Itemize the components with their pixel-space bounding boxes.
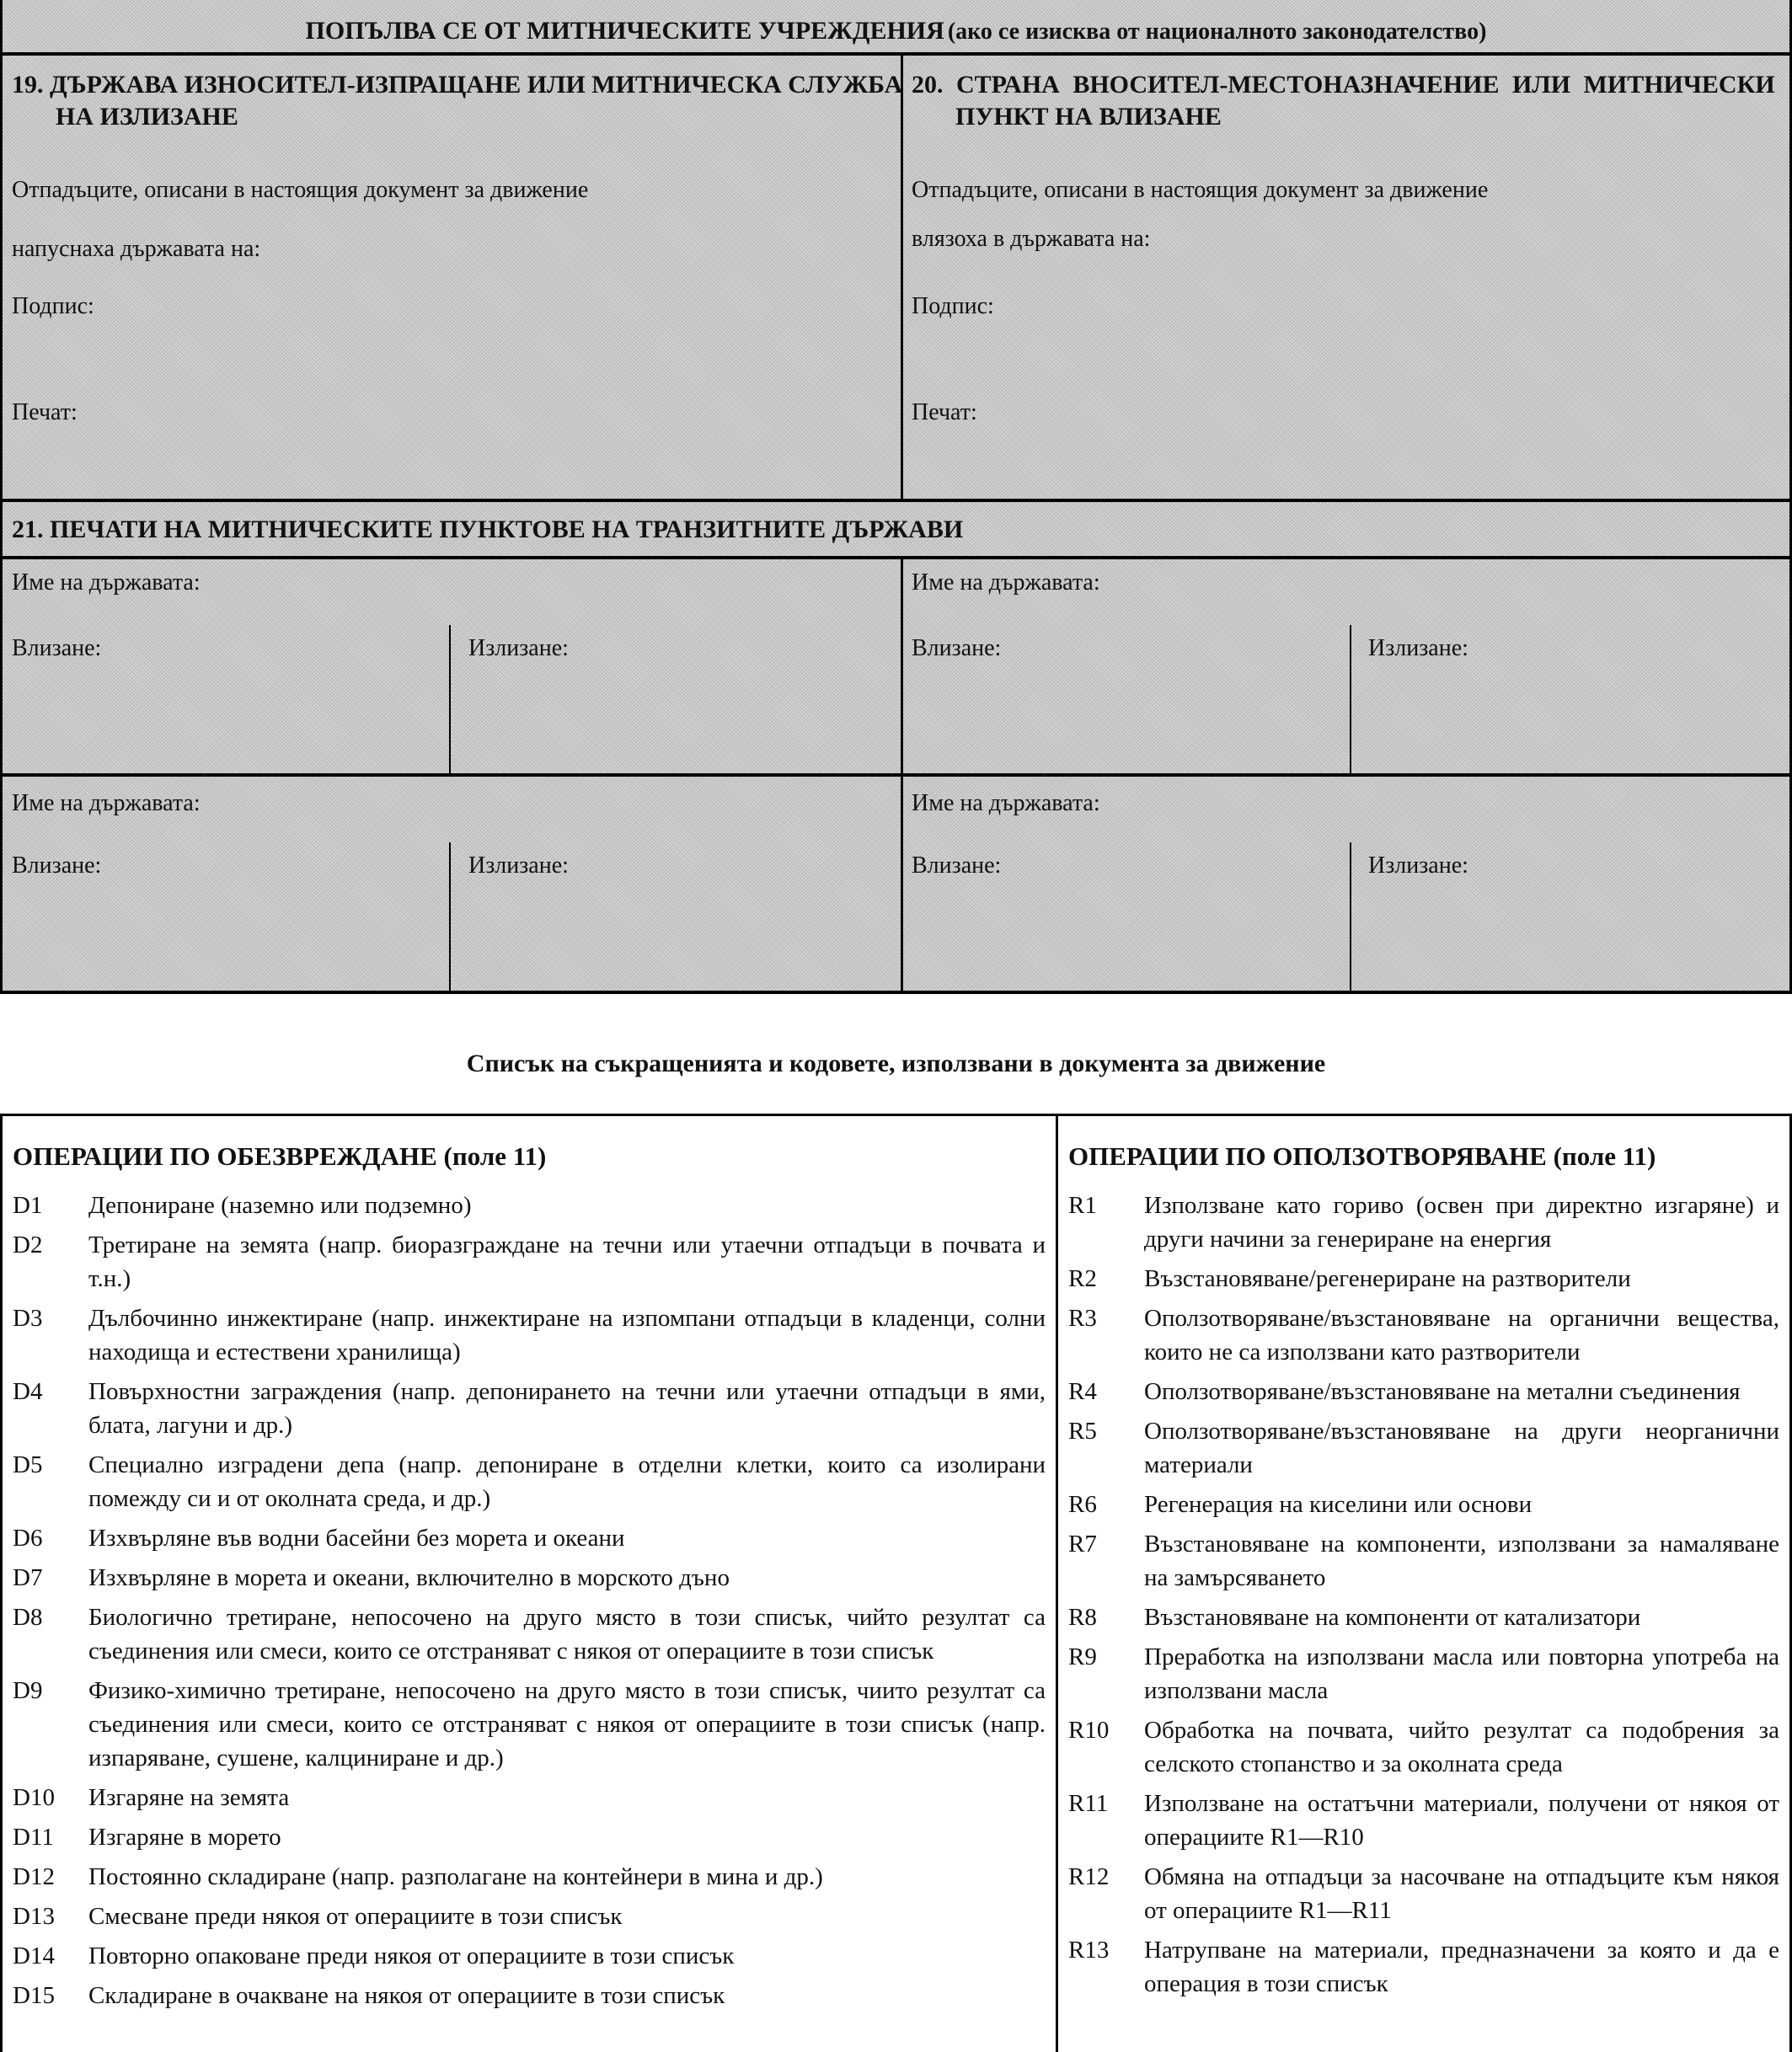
operation-description: Специално изградени депа (напр. депонира… <box>88 1448 1046 1515</box>
code-list-item: R11Използване на остатъчни материали, по… <box>1068 1787 1779 1854</box>
operation-description: Постоянно складиране (напр. разполагане … <box>88 1860 1046 1894</box>
operation-description: Изхвърляне във водни басейни без морета … <box>88 1521 1046 1555</box>
divider-entry-exit-2 <box>1350 625 1351 775</box>
operation-code: R8 <box>1068 1600 1144 1634</box>
operation-description: Дълбочинно инжектиране (напр. инжектиран… <box>88 1301 1046 1369</box>
operation-description: Обработка на почвата, чийто резултат са … <box>1144 1713 1779 1781</box>
transit4-country-field[interactable]: Име на държавата: <box>912 792 1100 815</box>
code-list-item: D2Третиране на земята (напр. биоразгражд… <box>13 1228 1046 1296</box>
divider-entry-exit-4 <box>1350 842 1351 992</box>
frame-left <box>0 0 3 994</box>
code-list-item: D4Повърхностни заграждения (напр. депони… <box>13 1375 1046 1442</box>
box19-signature-field[interactable]: Подпис: <box>12 295 94 318</box>
operation-description: Обмяна на отпадъци за насочване на отпад… <box>1144 1860 1779 1927</box>
transit2-country-field[interactable]: Име на държавата: <box>912 571 1100 595</box>
divider-box21-title <box>0 556 1792 559</box>
box19-text-line1: Отпадъците, описани в настоящия документ… <box>12 179 588 202</box>
divider-box21 <box>0 499 1792 502</box>
operation-description: Възстановяване на компоненти от катализа… <box>1144 1600 1779 1634</box>
operation-description: Използване на остатъчни материали, получ… <box>1144 1787 1779 1854</box>
operation-code: R6 <box>1068 1488 1144 1521</box>
divider-box21-rows <box>0 773 1792 777</box>
operation-code: D11 <box>13 1820 88 1854</box>
operation-code: D3 <box>13 1301 88 1369</box>
transit3-entry-field[interactable]: Влизане: <box>12 854 101 878</box>
box20-signature-field[interactable]: Подпис: <box>912 295 994 318</box>
operation-code: D2 <box>13 1228 88 1296</box>
operation-code: D12 <box>13 1860 88 1894</box>
operation-code: D1 <box>13 1189 88 1222</box>
divider-header <box>0 52 1792 56</box>
operation-description: Изгаряне на земята <box>88 1781 1046 1814</box>
box21-title: 21. ПЕЧАТИ НА МИТНИЧЕСКИТЕ ПУНКТОВЕ НА Т… <box>12 517 963 542</box>
operation-description: Изгаряне в морето <box>88 1820 1046 1854</box>
operation-code: D9 <box>13 1674 88 1775</box>
box19-title-line1: 19. ДЪРЖАВА ИЗНОСИТЕЛ-ИЗПРАЩАНЕ ИЛИ МИТН… <box>12 72 902 98</box>
disposal-heading-main: ОПЕРАЦИИ ПО ОБЕЗВРЕЖДАНЕ <box>13 1141 437 1171</box>
customs-header-main: ПОПЪЛВА СЕ ОТ МИТНИЧЕСКИТЕ УЧРЕЖДЕНИЯ <box>306 17 944 45</box>
operation-code: R11 <box>1068 1787 1144 1854</box>
code-list-item: D3Дълбочинно инжектиране (напр. инжектир… <box>13 1301 1046 1369</box>
operation-description: Третиране на земята (напр. биоразграждан… <box>88 1228 1046 1296</box>
recovery-list: R1Използване като гориво (освен при дире… <box>1068 1189 1779 2001</box>
transit1-entry-field[interactable]: Влизане: <box>12 637 101 660</box>
operation-description: Преработка на използвани масла или повто… <box>1144 1640 1779 1707</box>
codes-list-title: Списък на съкращенията и кодовете, изпол… <box>0 1050 1792 1078</box>
customs-form <box>0 0 1792 994</box>
transit1-country-field[interactable]: Име на държавата: <box>12 571 201 595</box>
operation-code: R1 <box>1068 1189 1144 1256</box>
operation-description: Оползотворяване/възстановяване на други … <box>1144 1414 1779 1482</box>
operation-code: R7 <box>1068 1527 1144 1595</box>
code-list-item: D8Биологично третиране, непосочено на др… <box>13 1600 1046 1668</box>
transit2-entry-field[interactable]: Влизане: <box>912 637 1001 660</box>
operation-description: Повърхностни заграждения (напр. депонира… <box>88 1375 1046 1442</box>
box20-title-line2: ПУНКТ НА ВЛИЗАНЕ <box>955 104 1222 130</box>
divider-entry-exit-1 <box>449 625 451 775</box>
recovery-heading-main: ОПЕРАЦИИ ПО ОПОЛЗОТВОРЯВАНЕ <box>1068 1141 1547 1171</box>
recovery-operations-column: ОПЕРАЦИИ ПО ОПОЛЗОТВОРЯВАНЕ (поле 11) R1… <box>1058 1116 1789 2052</box>
code-list-item: D7Изхвърляне в морета и океани, включите… <box>13 1561 1046 1595</box>
operation-description: Смесване преди някоя от операциите в тоз… <box>88 1900 1046 1933</box>
operation-description: Използване като гориво (освен при директ… <box>1144 1189 1779 1256</box>
recovery-heading: ОПЕРАЦИИ ПО ОПОЛЗОТВОРЯВАНЕ (поле 11) <box>1068 1141 1779 1172</box>
operation-code: R3 <box>1068 1301 1144 1369</box>
operation-description: Натрупване на материали, предназначени з… <box>1144 1933 1779 2001</box>
box19-text-line2: напуснаха държавата на: <box>12 238 260 261</box>
operation-description: Оползотворяване/възстановяване на органи… <box>1144 1301 1779 1369</box>
box19-stamp-field[interactable]: Печат: <box>12 401 78 425</box>
operation-code: D10 <box>13 1781 88 1814</box>
transit3-exit-field[interactable]: Излизане: <box>468 854 569 878</box>
operation-description: Възстановяване на компоненти, използвани… <box>1144 1527 1779 1595</box>
code-list-item: D5Специално изградени депа (напр. депони… <box>13 1448 1046 1515</box>
box20-text-line1: Отпадъците, описани в настоящия документ… <box>912 179 1488 202</box>
divider-19-20 <box>901 54 903 500</box>
operation-description: Биологично третиране, непосочено на друг… <box>88 1600 1046 1668</box>
transit4-exit-field[interactable]: Излизане: <box>1368 854 1468 878</box>
customs-header: ПОПЪЛВА СЕ ОТ МИТНИЧЕСКИТЕ УЧРЕЖДЕНИЯ (а… <box>0 17 1792 45</box>
code-list-item: R9Преработка на използвани масла или пов… <box>1068 1640 1779 1707</box>
box20-text-line2: влязоха в държавата на: <box>912 227 1150 251</box>
code-list-item: R3Оползотворяване/възстановяване на орга… <box>1068 1301 1779 1369</box>
code-list-item: R5Оползотворяване/възстановяване на друг… <box>1068 1414 1779 1482</box>
code-list-item: D11Изгаряне в морето <box>13 1820 1046 1854</box>
recovery-heading-sub: (поле 11) <box>1554 1141 1656 1171</box>
operation-description: Възстановяване/регенериране на разтворит… <box>1144 1262 1779 1296</box>
operation-code: D7 <box>13 1561 88 1595</box>
operation-description: Депониране (наземно или подземно) <box>88 1189 1046 1222</box>
disposal-heading: ОПЕРАЦИИ ПО ОБЕЗВРЕЖДАНЕ (поле 11) <box>13 1141 1046 1172</box>
code-list-item: R6Регенерация на киселини или основи <box>1068 1488 1779 1521</box>
code-list-item: R4Оползотворяване/възстановяване на мета… <box>1068 1375 1779 1408</box>
operation-code: R4 <box>1068 1375 1144 1408</box>
operation-code: D4 <box>13 1375 88 1442</box>
transit4-entry-field[interactable]: Влизане: <box>912 854 1001 878</box>
operation-code: D6 <box>13 1521 88 1555</box>
operation-code: R5 <box>1068 1414 1144 1482</box>
customs-header-sub: (ако се изисква от националното законода… <box>948 19 1487 45</box>
divider-bottom <box>0 991 1792 994</box>
operation-code: R2 <box>1068 1262 1144 1296</box>
operation-description: Физико-химично третиране, непосочено на … <box>88 1674 1046 1775</box>
operation-description: Повторно опаковане преди някоя от операц… <box>88 1939 1046 1973</box>
code-list-item: D13Смесване преди някоя от операциите в … <box>13 1900 1046 1933</box>
transit3-country-field[interactable]: Име на държавата: <box>12 792 201 815</box>
operation-code: D8 <box>13 1600 88 1668</box>
code-list-item: R10Обработка на почвата, чийто резултат … <box>1068 1713 1779 1781</box>
code-list-item: R8Възстановяване на компоненти от катали… <box>1068 1600 1779 1634</box>
operation-code: R10 <box>1068 1713 1144 1781</box>
operation-code: R13 <box>1068 1933 1144 2001</box>
code-list-item: D12Постоянно складиране (напр. разполага… <box>13 1860 1046 1894</box>
disposal-operations-column: ОПЕРАЦИИ ПО ОБЕЗВРЕЖДАНЕ (поле 11) D1Деп… <box>3 1116 1058 2052</box>
code-list-item: D9Физико-химично третиране, непосочено н… <box>13 1674 1046 1775</box>
code-list-item: D6Изхвърляне във водни басейни без морет… <box>13 1521 1046 1555</box>
code-list-item: R1Използване като гориво (освен при дире… <box>1068 1189 1779 1256</box>
operation-code: R12 <box>1068 1860 1144 1927</box>
code-list-item: D10Изгаряне на земята <box>13 1781 1046 1814</box>
code-list-item: R13Натрупване на материали, предназначен… <box>1068 1933 1779 2001</box>
disposal-heading-sub: (поле 11) <box>444 1141 547 1171</box>
operation-description: Оползотворяване/възстановяване на металн… <box>1144 1375 1779 1408</box>
operation-code: D15 <box>13 1979 88 2012</box>
box20-stamp-field[interactable]: Печат: <box>912 401 977 425</box>
box19-title-line2: НА ИЗЛИЗАНЕ <box>56 104 238 130</box>
operation-code: R9 <box>1068 1640 1144 1707</box>
code-list-item: R2Възстановяване/регенериране на разтвор… <box>1068 1262 1779 1296</box>
code-list-item: R12Обмяна на отпадъци за насочване на от… <box>1068 1860 1779 1927</box>
operation-code: D5 <box>13 1448 88 1515</box>
operation-code: D13 <box>13 1900 88 1933</box>
code-list-item: D14Повторно опаковане преди някоя от опе… <box>13 1939 1046 1973</box>
disposal-list: D1Депониране (наземно или подземно)D2Тре… <box>13 1189 1046 2012</box>
transit2-exit-field[interactable]: Излизане: <box>1368 637 1468 660</box>
code-list-item: D15Складиране в очакване на някоя от опе… <box>13 1979 1046 2012</box>
operation-description: Регенерация на киселини или основи <box>1144 1488 1779 1521</box>
divider-entry-exit-3 <box>449 842 451 992</box>
code-list-item: D1Депониране (наземно или подземно) <box>13 1189 1046 1222</box>
operation-description: Изхвърляне в морета и океани, включителн… <box>88 1561 1046 1595</box>
code-list-item: R7Възстановяване на компоненти, използва… <box>1068 1527 1779 1595</box>
operation-description: Складиране в очакване на някоя от операц… <box>88 1979 1046 2012</box>
codes-table: ОПЕРАЦИИ ПО ОБЕЗВРЕЖДАНЕ (поле 11) D1Деп… <box>0 1114 1792 2052</box>
transit1-exit-field[interactable]: Излизане: <box>468 637 569 660</box>
box20-title-line1: 20. СТРАНА ВНОСИТЕЛ-МЕСТОНАЗНАЧЕНИЕ ИЛИ … <box>912 72 1775 98</box>
operation-code: D14 <box>13 1939 88 1973</box>
